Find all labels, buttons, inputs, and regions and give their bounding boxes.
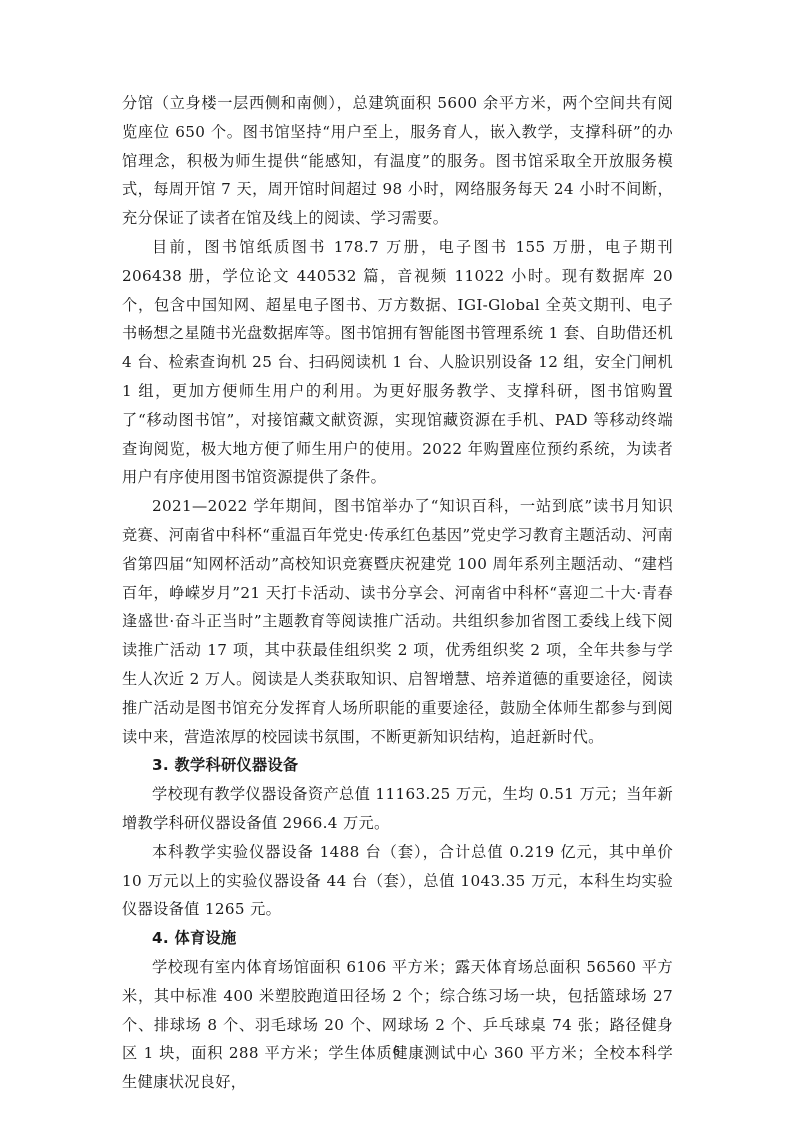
section-heading-sports: 4. 体育设施 (122, 924, 673, 953)
paragraph-sports-facilities: 学校现有室内体育场馆面积 6106 平方米；露天体育场总面积 56560 平方米… (122, 953, 673, 1097)
page-number: 6 (0, 1044, 793, 1058)
section-heading-equipment: 3. 教学科研仪器设备 (122, 751, 673, 780)
paragraph-reading-activities: 2021—2022 学年期间，图书馆举办了“知识百科，一站到底”读书月知识竞赛、… (122, 492, 673, 751)
paragraph-equipment-total: 学校现有教学仪器设备资产总值 11163.25 万元，生均 0.51 万元；当年… (122, 780, 673, 838)
paragraph-library-overview: 分馆（立身楼一层西侧和南侧），总建筑面积 5600 余平方米，两个空间共有阅览座… (122, 89, 673, 233)
paragraph-library-collections: 目前，图书馆纸质图书 178.7 万册，电子图书 155 万册，电子期刊 206… (122, 233, 673, 492)
document-page: 分馆（立身楼一层西侧和南侧），总建筑面积 5600 余平方米，两个空间共有阅览座… (122, 89, 673, 1097)
paragraph-lab-equipment: 本科教学实验仪器设备 1488 台（套），合计总值 0.219 亿元，其中单价 … (122, 838, 673, 924)
